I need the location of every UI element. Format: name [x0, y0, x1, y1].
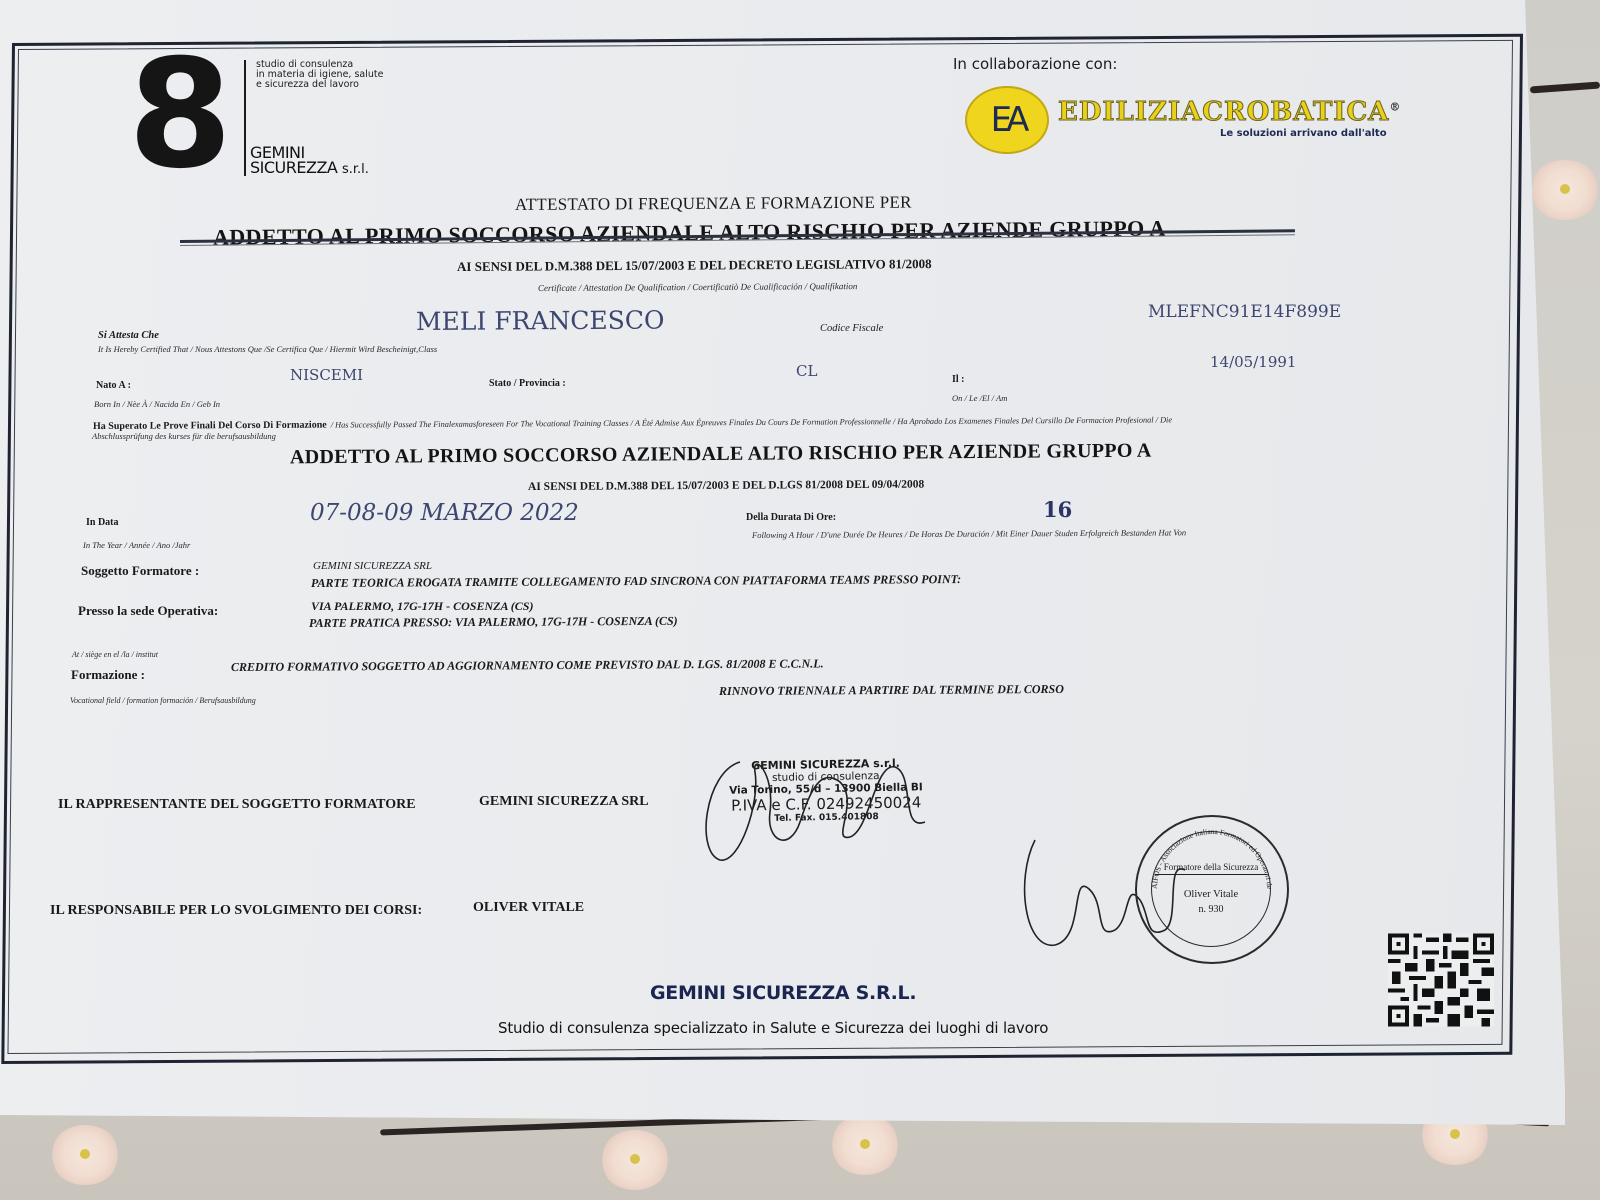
birth-date-label: Il : [952, 374, 965, 385]
certificate-intro: ATTESTATO DI FREQUENZA E FORMAZIONE PER [515, 193, 912, 215]
svg-text:AIFOS - Associazione Italiana: AIFOS - Associazione Italiana Formatori … [1137, 817, 1274, 890]
ea-logo-badge: EA [965, 86, 1049, 154]
certificate-paper: 8 studio di consulenza in materia di igi… [0, 0, 1600, 1200]
blossom-decoration [50, 1125, 120, 1185]
gemini-logo-mark: 8 [128, 40, 228, 190]
legal-reference-repeat: AI SENSI DEL D.M.388 DEL 15/07/2003 E DE… [528, 479, 924, 493]
partner-brand: EDILIZIACROBATICA® [1058, 97, 1401, 127]
responsible-label: IL RESPONSABILE PER LO SVOLGIMENTO DEI C… [50, 903, 422, 919]
duration-hours-value: 16 [1043, 497, 1072, 522]
course-date-label: In Data [86, 517, 119, 528]
birthplace-value: NISCEMI [290, 366, 363, 384]
exam-passed-translations: / Has Successfully Passed The Finalexama… [331, 415, 1172, 429]
course-date-value: 07-08-09 MARZO 2022 [310, 500, 579, 526]
blossom-decoration [830, 1115, 900, 1175]
logo-tagline: studio di consulenza in materia di igien… [256, 60, 383, 90]
birth-date-translations: On / Le /El / Am [952, 393, 1007, 403]
logo-divider [244, 60, 246, 176]
course-date-translations: In The Year / Année / Ano /Jahr [83, 540, 190, 550]
birth-date-value: 14/05/1991 [1210, 353, 1296, 371]
seal-role: Formatore della Sicurezza [1155, 862, 1267, 875]
fiscal-code-label: Codice Fiscale [820, 323, 883, 334]
blossom-decoration [1530, 160, 1600, 220]
venue-line-2: VIA PALERMO, 17G-17H - COSENZA (CS) [311, 599, 533, 614]
attest-translations: It Is Hereby Certified That / Nous Attes… [98, 344, 437, 354]
provider-value: GEMINI SICUREZZA SRL [313, 560, 432, 572]
province-value: CL [796, 362, 817, 380]
born-translations: Born In / Nèe À / Nacida En / Geb In [94, 399, 220, 409]
born-label: Nato A : [96, 380, 131, 391]
logo-company-name: GEMINI SICUREZZA s.r.l. [250, 145, 369, 177]
blossom-decoration [600, 1130, 670, 1190]
qr-code-icon [1388, 933, 1494, 1027]
training-translations: Vocational field / formation formación /… [70, 696, 256, 705]
collaboration-label: In collaborazione con: [953, 55, 1117, 73]
province-label: Stato / Provincia : [489, 378, 566, 389]
representative-value: GEMINI SICUREZZA SRL [479, 794, 649, 810]
representative-signature-icon [700, 742, 940, 867]
provider-label: Soggetto Formatore : [81, 563, 199, 579]
holder-name: MELI FRANCESCO [416, 305, 665, 336]
certificate-translations: Certificate / Attestation De Qualificati… [538, 281, 857, 293]
responsible-value: OLIVER VITALE [473, 900, 584, 916]
venue-label: Presso la sede Operativa: [78, 603, 218, 619]
seal-number: n. 930 [1155, 904, 1267, 915]
venue-line-3: PARTE PRATICA PRESSO: VIA PALERMO, 17G-1… [309, 614, 678, 631]
exam-passed-translations-2: Abschlussprüfung des kurses für die beru… [92, 431, 276, 441]
seal-name: Oliver Vitale [1155, 889, 1267, 900]
duration-label: Della Durata Di Ore: [746, 512, 836, 523]
footer-tagline: Studio di consulenza specializzato in Sa… [498, 1019, 1048, 1037]
training-line-2: RINNOVO TRIENNALE A PARTIRE DAL TERMINE … [719, 682, 1064, 699]
footer-company-name: GEMINI SICUREZZA S.R.L. [650, 982, 916, 1004]
venue-translations: At / siège en el /la / institut [72, 650, 158, 659]
attest-label: Si Attesta Che [98, 330, 159, 341]
representative-label: IL RAPPRESENTANTE DEL SOGGETTO FORMATORE [58, 797, 416, 813]
legal-reference: AI SENSI DEL D.M.388 DEL 15/07/2003 E DE… [457, 256, 932, 275]
trainer-seal: AIFOS - Associazione Italiana Formatori … [1135, 815, 1289, 964]
training-label: Formazione : [71, 667, 145, 683]
partner-tagline: Le soluzioni arrivano dall'alto [1220, 128, 1387, 139]
fiscal-code-value: MLEFNC91E14F899E [1148, 302, 1341, 322]
